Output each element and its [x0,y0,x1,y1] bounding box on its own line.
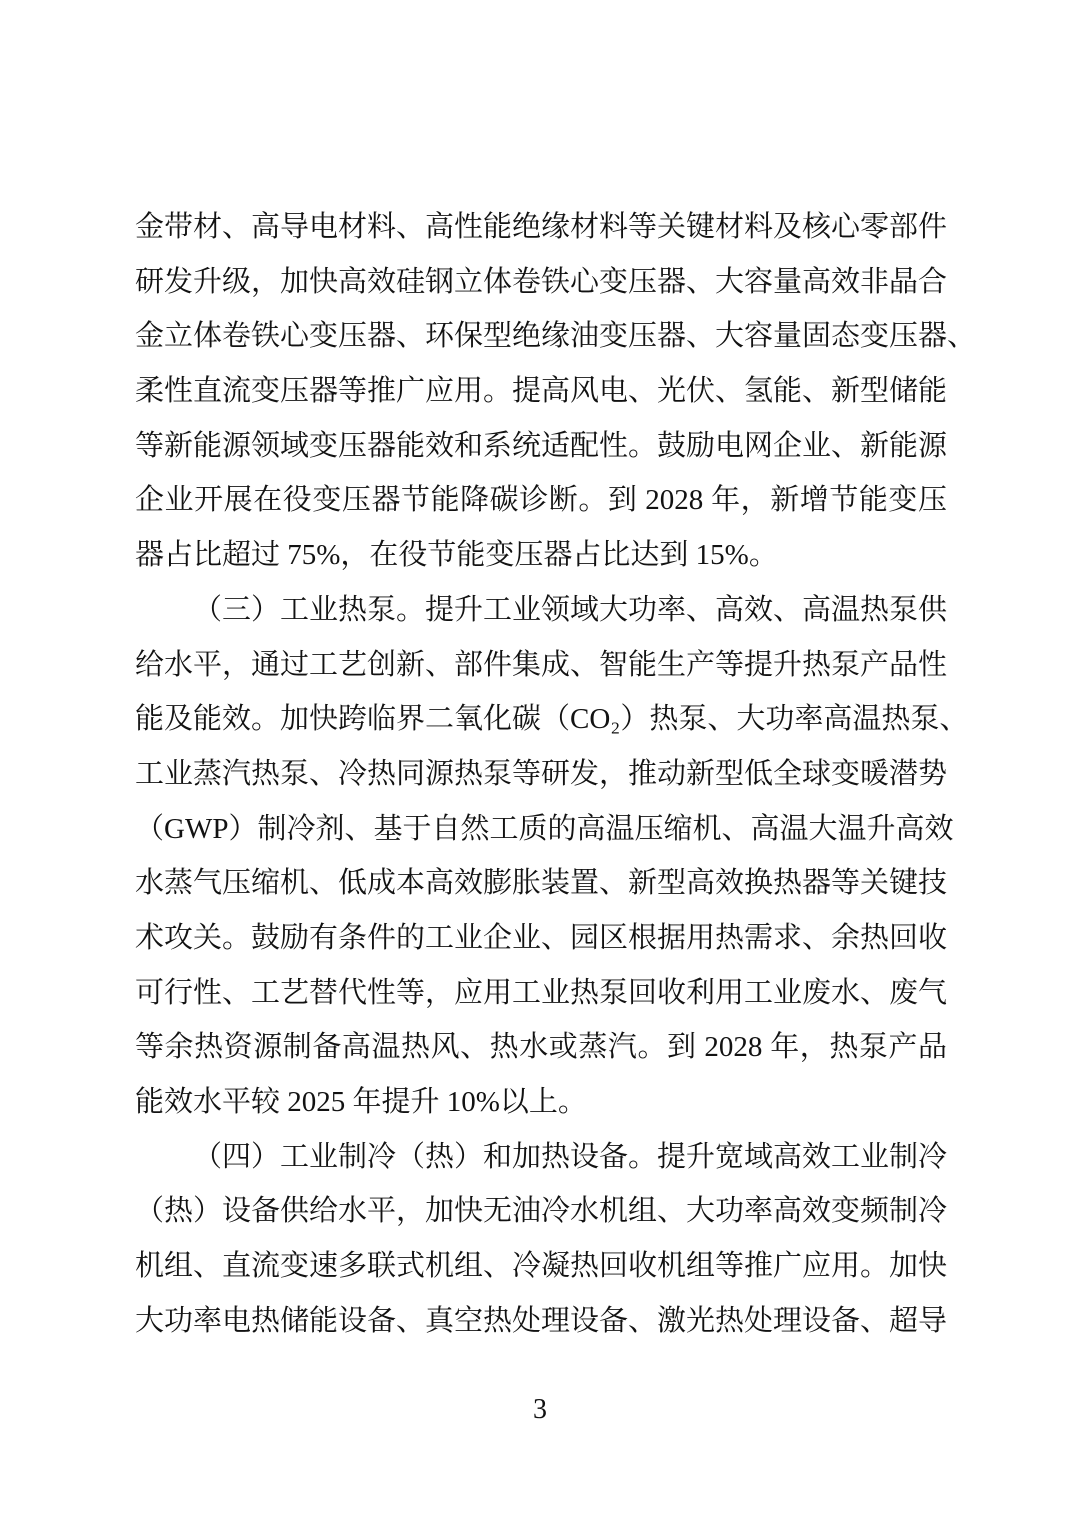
text-line: 企业开展在役变压器节能降碳诊断。到 2028 年，新增节能变压 [135,473,947,528]
text-line: 大功率电热储能设备、真空热处理设备、激光热处理设备、超导 [135,1294,947,1349]
document-page: 金带材、高导电材料、高性能绝缘材料等关键材料及核心零部件 研发升级，加快高效硅钢… [0,0,1080,1527]
text-line: （热）设备供给水平，加快无油冷水机组、大功率高效变频制冷 [135,1184,947,1239]
text-line-section-4-heading: （四）工业制冷（热）和加热设备。提升宽域高效工业制冷 [135,1130,947,1185]
section-3-heading: （三）工业热泵。 [193,594,425,626]
section-4-heading: （四）工业制冷（热）和加热设备。 [193,1141,657,1173]
text-line-section-3-heading: （三）工业热泵。提升工业领域大功率、高效、高温热泵供 [135,583,947,638]
text-line: 等新能源领域变压器能效和系统适配性。鼓励电网企业、新能源 [135,419,947,474]
section-4-body-start: 提升宽域高效工业制冷 [657,1141,947,1173]
text-line: 能效水平较 2025 年提升 10%以上。 [135,1075,947,1130]
section-3-body-start: 提升工业领域大功率、高效、高温热泵供 [425,594,947,626]
text-line: 机组、直流变速多联式机组、冷凝热回收机组等推广应用。加快 [135,1239,947,1294]
page-number: 3 [0,1390,1080,1430]
text-line: 研发升级，加快高效硅钢立体卷铁心变压器、大容量高效非晶合 [135,255,947,310]
text-line: （GWP）制冷剂、基于自然工质的高温压缩机、高温大温升高效 [135,802,947,857]
text-line: 术攻关。鼓励有条件的工业企业、园区根据用热需求、余热回收 [135,911,947,966]
document-text-block: 金带材、高导电材料、高性能绝缘材料等关键材料及核心零部件 研发升级，加快高效硅钢… [135,200,947,1348]
text-line: 柔性直流变压器等推广应用。提高风电、光伏、氢能、新型储能 [135,364,947,419]
text-line: 可行性、工艺替代性等，应用工业热泵回收利用工业废水、废气 [135,966,947,1021]
text-line: 金带材、高导电材料、高性能绝缘材料等关键材料及核心零部件 [135,200,947,255]
text-line: 金立体卷铁心变压器、环保型绝缘油变压器、大容量固态变压器、 [135,309,947,364]
text-line: 水蒸气压缩机、低成本高效膨胀装置、新型高效换热器等关键技 [135,856,947,911]
text-line: 工业蒸汽热泵、冷热同源热泵等研发，推动新型低全球变暖潜势 [135,747,947,802]
text-line: 器占比超过 75%，在役节能变压器占比达到 15%。 [135,528,947,583]
text-line: 等余热资源制备高温热风、热水或蒸汽。到 2028 年，热泵产品 [135,1020,947,1075]
text-line: 给水平，通过工艺创新、部件集成、智能生产等提升热泵产品性 [135,638,947,693]
text-line: 能及能效。加快跨临界二氧化碳（CO₂）热泵、大功率高温热泵、 [135,692,947,747]
